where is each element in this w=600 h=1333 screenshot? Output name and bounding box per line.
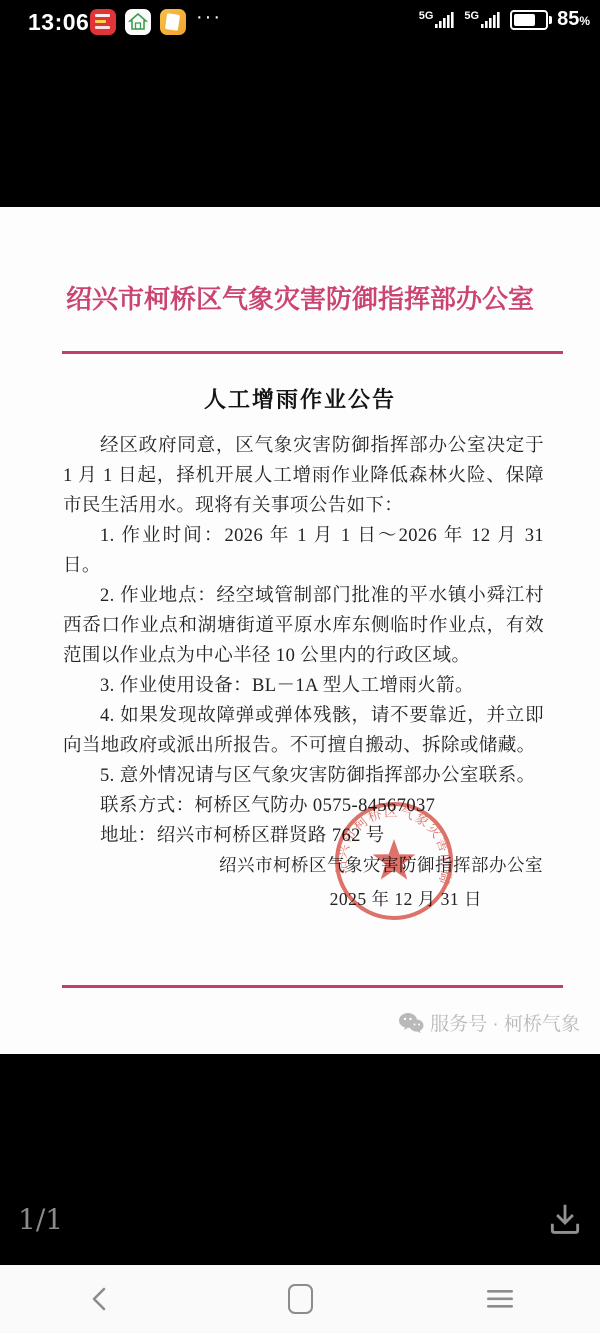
- status-bar-right: 5G 5G: [419, 8, 590, 31]
- paragraph: 5. 意外情况请与区气象灾害防御指挥部办公室联系。: [63, 761, 544, 791]
- home-button[interactable]: [200, 1284, 400, 1314]
- red-divider-top: [62, 351, 563, 354]
- sim2-signal-icon: 5G: [464, 11, 501, 29]
- recents-menu-button[interactable]: [400, 1287, 600, 1311]
- clock: 13:06: [28, 9, 89, 36]
- document-body: 经区政府同意，区气象灾害防御指挥部办公室决定于 1 月 1 日起，择机开展人工增…: [63, 431, 544, 851]
- battery-percentage: 85%: [557, 8, 590, 31]
- more-notifications-icon: ···: [196, 6, 222, 29]
- signal-bars-icon: [481, 11, 501, 29]
- document-page[interactable]: 绍兴市柯桥区气象灾害防御指挥部办公室 人工增雨作业公告 经区政府同意，区气象灾害…: [0, 207, 600, 1054]
- signature-date: 2025 年 12 月 31 日: [0, 886, 600, 911]
- icon-decoration: [95, 20, 106, 23]
- paragraph: 4. 如果发现故障弹或弹体残骸，请不要靠近，并立即向当地政府或派出所报告。不可擅…: [63, 701, 544, 761]
- seal-star-icon: [373, 839, 416, 880]
- house-icon: [128, 12, 148, 32]
- document-title: 人工增雨作业公告: [0, 383, 600, 414]
- watermark: 服务号 · 柯桥气象: [398, 1009, 580, 1036]
- paragraph-address: 地址：绍兴市柯桥区群贤路 762 号: [63, 821, 544, 851]
- official-red-seal: 绍兴市柯桥区气象灾害防御指挥部: [332, 799, 456, 923]
- note-icon: [165, 13, 180, 31]
- red-app-notification-icon: [90, 9, 116, 35]
- battery-nub: [549, 16, 552, 24]
- phone-screen: 13:06 ··· 5G: [0, 0, 600, 1333]
- notification-icons: [90, 9, 186, 35]
- icon-decoration: [95, 26, 110, 29]
- signature-block: 绍兴市柯桥区气象灾害防御指挥部办公室 2025 年 12 月 31 日: [0, 852, 600, 911]
- menu-lines-icon: [486, 1287, 514, 1311]
- wechat-icon: [398, 1012, 424, 1034]
- signal-bars-icon: [435, 11, 455, 29]
- status-bar: 13:06 ··· 5G: [0, 0, 600, 46]
- paragraph: 经区政府同意，区气象灾害防御指挥部办公室决定于 1 月 1 日起，择机开展人工增…: [63, 431, 544, 521]
- signature-org: 绍兴市柯桥区气象灾害防御指挥部办公室: [0, 852, 600, 877]
- battery-icon: [510, 10, 548, 30]
- document-red-header: 绍兴市柯桥区气象灾害防御指挥部办公室: [0, 279, 600, 316]
- paragraph: 3. 作业使用设备：BL－1A 型人工增雨火箭。: [63, 671, 544, 701]
- battery-fill: [514, 14, 535, 26]
- system-nav-bar: [0, 1265, 600, 1333]
- notes-app-notification-icon: [160, 9, 186, 35]
- smart-home-app-notification-icon: [125, 9, 151, 35]
- sim1-signal-icon: 5G: [419, 11, 456, 29]
- download-button[interactable]: [546, 1200, 584, 1238]
- paragraph: 1. 作业时间：2026 年 1 月 1 日～2026 年 12 月 31 日。: [63, 521, 544, 581]
- red-divider-bottom: [62, 985, 563, 988]
- back-chevron-icon: [87, 1285, 113, 1313]
- icon-decoration: [95, 14, 110, 17]
- home-square-icon: [288, 1284, 313, 1314]
- page-indicator: 1/1: [18, 1203, 63, 1236]
- paragraph: 2. 作业地点：经空域管制部门批准的平水镇小舜江村西岙口作业点和湖塘街道平原水库…: [63, 581, 544, 671]
- back-button[interactable]: [0, 1285, 200, 1313]
- download-icon: [546, 1200, 584, 1238]
- paragraph-contact: 联系方式：柯桥区气防办 0575-84567037: [63, 791, 544, 821]
- watermark-label: 服务号 · 柯桥气象: [430, 1009, 580, 1036]
